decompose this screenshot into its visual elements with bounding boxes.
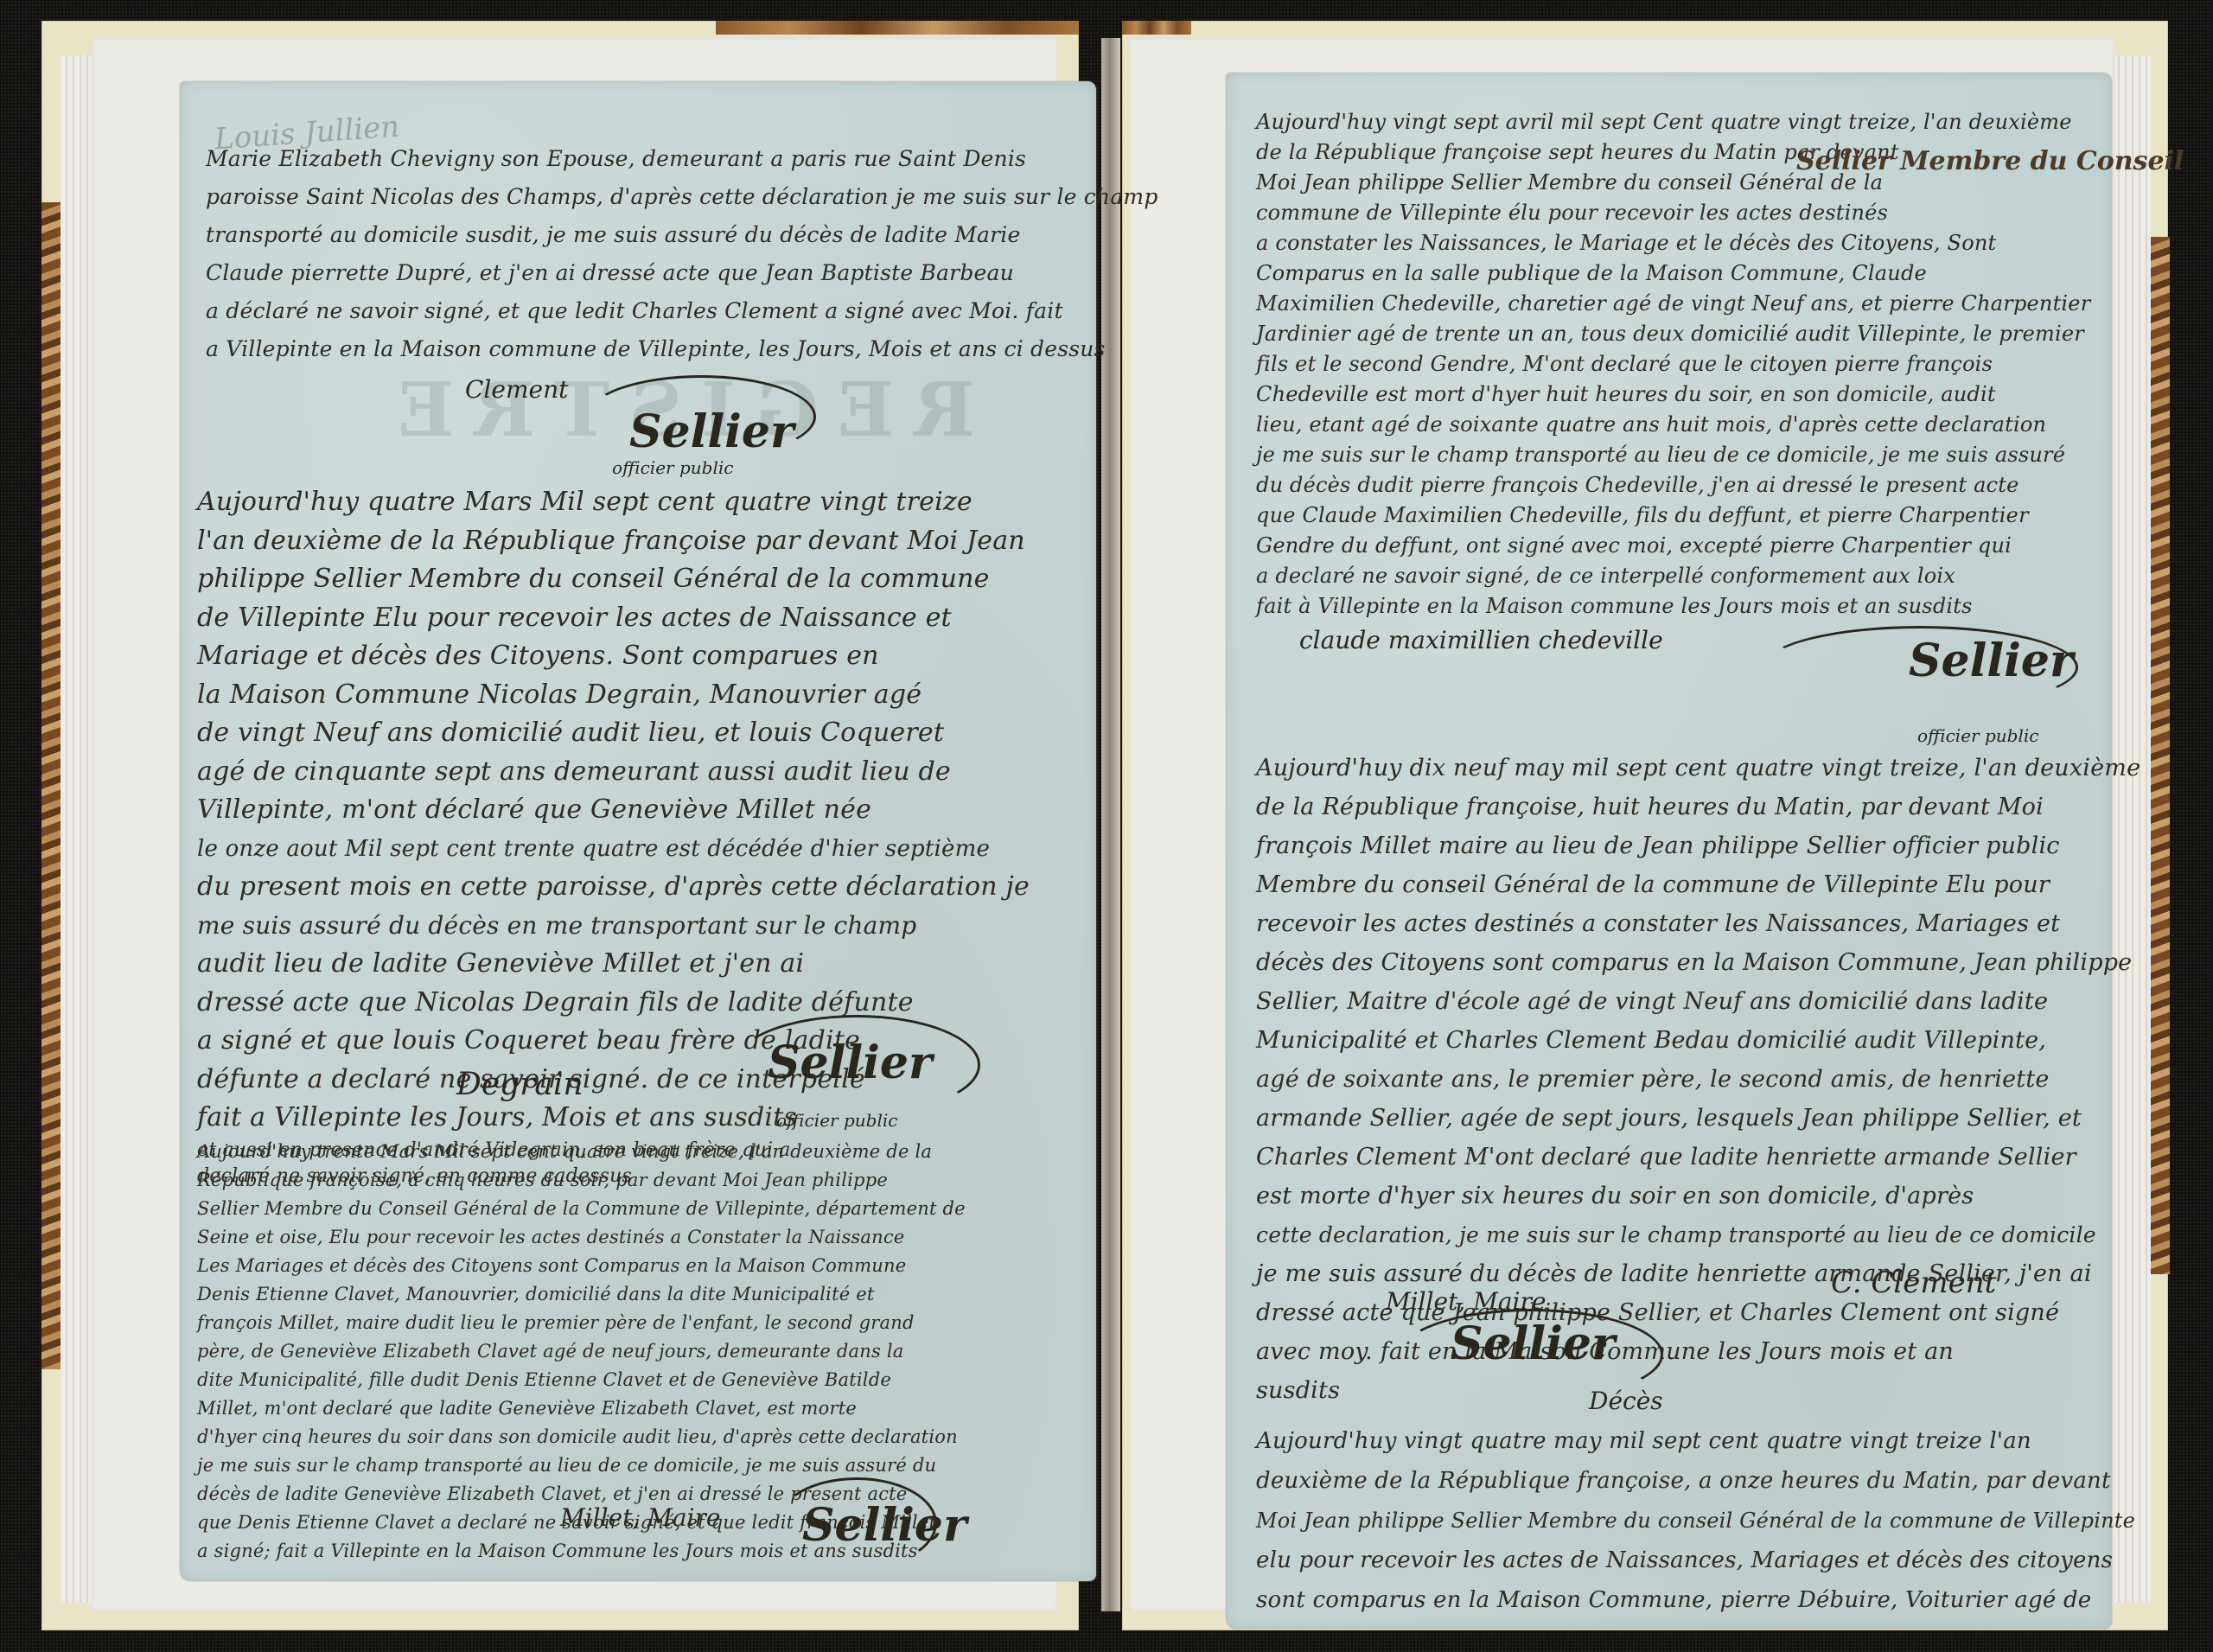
text-line: Sellier, Maitre d'école agé de vingt Neu…	[1256, 982, 2140, 1021]
death-record-debuire: Aujourd'huy vingt quatre may mil sept ce…	[1256, 1421, 2135, 1620]
text-line: a declaré ne savoir signé, de ce interpe…	[1256, 561, 2090, 591]
text-line: deuxième de la République françoise, a o…	[1256, 1461, 2135, 1501]
text-line: décès des Citoyens sont comparus en la M…	[1256, 943, 2140, 982]
signature-title: officier public	[776, 1110, 897, 1131]
open-register-book: Louis Jullien REGISTRE Marie Elizabeth C…	[41, 21, 2168, 1630]
text-line: françois Millet, maire dudit lieu le pre…	[197, 1309, 966, 1337]
text-line: du décès dudit pierre françois Chedevill…	[1256, 470, 2090, 501]
text-line: père, de Geneviève Elizabeth Clavet agé …	[197, 1337, 966, 1366]
text-line: elu pour recevoir les actes de Naissance…	[1256, 1540, 2135, 1580]
text-line: Charles Clement M'ont declaré que ladite…	[1256, 1138, 2140, 1177]
text-line: est morte d'hyer six heures du soir en s…	[1256, 1177, 2140, 1215]
text-line: a déclaré ne savoir signé, et que ledit …	[206, 292, 1158, 330]
text-line: du present mois en cette paroisse, d'apr…	[197, 868, 1030, 907]
signature-flourish	[733, 1015, 980, 1115]
text-line: Claude pierrette Dupré, et j'en ai dress…	[206, 254, 1158, 292]
signature-flourish	[776, 1477, 937, 1569]
text-line: Seine et oise, Elu pour recevoir les act…	[197, 1223, 966, 1252]
text-line: Sellier Membre du Conseil Général de la …	[197, 1195, 966, 1223]
text-line: Membre du conseil Général de la commune …	[1256, 865, 2140, 904]
interlinear-correction: Sellier Membre du Conseil	[1796, 146, 2184, 176]
signature-clement: Clement	[465, 375, 568, 404]
text-line: Aujourd'huy quatre Mars Mil sept cent qu…	[197, 483, 1030, 522]
signature-title: officier public	[1917, 725, 2038, 746]
signature-title: officier public	[612, 457, 733, 478]
text-line: Municipalité et Charles Clement Bedau do…	[1256, 1021, 2140, 1060]
text-line: agé de cinquante sept ans demeurant auss…	[197, 753, 1030, 792]
text-line: Jardinier agé de trente un an, tous deux…	[1256, 319, 2090, 349]
text-line: armande Sellier, agée de sept jours, les…	[1256, 1099, 2140, 1138]
left-manuscript-sheet: Louis Jullien REGISTRE Marie Elizabeth C…	[180, 81, 1096, 1581]
death-record-chedeville: Aujourd'huy vingt sept avril mil sept Ce…	[1256, 107, 2090, 622]
text-line: que Claude Maximilien Chedeville, fils d…	[1256, 501, 2090, 531]
text-line: d'hyer cinq heures du soir dans son domi…	[197, 1423, 966, 1451]
marbled-edge-top-right	[1122, 21, 1191, 35]
text-line: paroisse Saint Nicolas des Champs, d'apr…	[206, 178, 1158, 216]
text-line: je me suis sur le champ transporté au li…	[1256, 440, 2090, 470]
text-line: cette declaration, je me suis sur le cha…	[1256, 1215, 2140, 1254]
text-line: avec moy. fait en la Maison Commune les …	[1256, 1332, 2140, 1371]
text-line: Aujourd'huy vingt quatre may mil sept ce…	[1256, 1421, 2135, 1461]
text-line: transporté au domicile susdit, je me sui…	[206, 216, 1158, 254]
text-line: fils et le second Gendre, M'ont declaré …	[1256, 349, 2090, 380]
text-line: dressé acte que Nicolas Degrain fils de …	[197, 984, 1030, 1023]
signature-flourish	[1762, 626, 2078, 709]
text-line: françois Millet maire au lieu de Jean ph…	[1256, 826, 2140, 865]
signature-chedeville: claude maximillien chedeville	[1299, 626, 1663, 654]
text-line: a constater les Naissances, le Mariage e…	[1256, 228, 2090, 258]
text-line: Mariage et décès des Citoyens. Sont comp…	[197, 637, 1030, 676]
text-line: dite Municipalité, fille dudit Denis Eti…	[197, 1366, 966, 1394]
text-line: Chedeville est mort d'hyer huit heures d…	[1256, 380, 2090, 410]
text-line: Millet, m'ont declaré que ladite Geneviè…	[197, 1394, 966, 1423]
text-line: Aujourd'huy vingt sept avril mil sept Ce…	[1256, 107, 2090, 137]
text-line: philippe Sellier Membre du conseil Génér…	[197, 560, 1030, 599]
text-line: de Villepinte Elu pour recevoir les acte…	[197, 599, 1030, 638]
text-line: Aujourd'huy trente Mars Mil sept cent qu…	[197, 1138, 966, 1166]
text-line: a Villepinte en la Maison commune de Vil…	[206, 330, 1158, 368]
text-line: recevoir les actes destinés a constater …	[1256, 904, 2140, 943]
text-line: Villepinte, m'ont déclaré que Geneviève …	[197, 791, 1030, 830]
text-line: Gendre du deffunt, ont signé avec moi, e…	[1256, 531, 2090, 561]
text-line: Moi Jean philippe Sellier Membre du cons…	[1256, 1501, 2135, 1540]
marbled-edge-right	[2151, 237, 2170, 1274]
death-record-continued: Marie Elizabeth Chevigny son Epouse, dem…	[206, 140, 1158, 368]
signature-flourish	[586, 375, 816, 458]
page-stack-left	[61, 55, 95, 1603]
signature-clement: C. Clement	[1831, 1266, 1996, 1300]
marbled-edge-left	[41, 202, 61, 1369]
text-line: sont comparus en la Maison Commune, pier…	[1256, 1580, 2135, 1620]
text-line: lieu, etant agé de soixante quatre ans h…	[1256, 410, 2090, 440]
right-manuscript-sheet: Aujourd'huy vingt sept avril mil sept Ce…	[1226, 73, 2112, 1629]
text-line: Maximilien Chedeville, charetier agé de …	[1256, 289, 2090, 319]
text-line: Comparus en la salle publique de la Mais…	[1256, 258, 2090, 289]
text-line: le onze aout Mil sept cent trente quatre…	[197, 830, 1030, 869]
text-line: la Maison Commune Nicolas Degrain, Manou…	[197, 676, 1030, 715]
entry-heading-deces: Décès	[1589, 1387, 1663, 1415]
text-line: Marie Elizabeth Chevigny son Epouse, dem…	[206, 140, 1158, 178]
text-line: agé de soixante ans, le premier père, le…	[1256, 1060, 2140, 1099]
marbled-edge-top-left	[716, 21, 1079, 35]
text-line: susdits	[1256, 1371, 2140, 1410]
text-line: République françoise, à cinq heures du s…	[197, 1166, 966, 1195]
text-line: fait à Villepinte en la Maison commune l…	[1256, 591, 2090, 622]
text-line: de vingt Neuf ans domicilié audit lieu, …	[197, 714, 1030, 753]
text-line: Les Mariages et décès des Citoyens sont …	[197, 1252, 966, 1280]
text-line: l'an deuxième de la République françoise…	[197, 522, 1030, 561]
text-line: de la République françoise, huit heures …	[1256, 788, 2140, 826]
text-line: Aujourd'huy dix neuf may mil sept cent q…	[1256, 749, 2140, 788]
text-line: me suis assuré du décès en me transporta…	[197, 907, 1030, 946]
text-line: commune de Villepinte élu pour recevoir …	[1256, 198, 2090, 228]
signature-millet-maire: Millet, Maire	[560, 1503, 720, 1532]
signature-degrain: Degrain	[456, 1067, 584, 1102]
text-line: je me suis sur le champ transporté au li…	[197, 1451, 966, 1480]
text-line: audit lieu de ladite Geneviève Millet et…	[197, 945, 1030, 984]
text-line: Denis Etienne Clavet, Manouvrier, domici…	[197, 1280, 966, 1309]
